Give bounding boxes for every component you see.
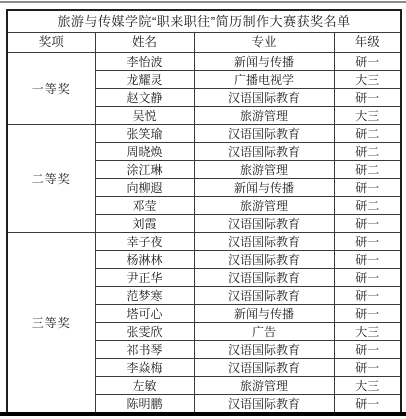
column-header-major: 专业	[194, 33, 334, 53]
grade-cell: 研一	[334, 395, 401, 414]
column-header-award: 奖项	[7, 33, 95, 53]
name-cell: 张笑瑜	[95, 125, 194, 143]
major-cell: 汉语国际教育	[194, 89, 334, 107]
grade-cell: 大三	[334, 71, 401, 89]
name-cell: 陈明鹏	[95, 395, 194, 414]
name-cell: 赵文静	[95, 89, 194, 107]
major-cell: 汉语国际教育	[194, 287, 334, 305]
major-cell: 广播电视学	[194, 71, 334, 89]
top-divider-line	[0, 1, 406, 3]
name-cell: 塔可心	[95, 305, 194, 323]
grade-cell: 大三	[334, 377, 401, 395]
name-cell: 向柳遐	[95, 179, 194, 197]
name-cell: 吴悦	[95, 107, 194, 125]
major-cell: 汉语国际教育	[194, 233, 334, 251]
major-cell: 汉语国际教育	[194, 269, 334, 287]
grade-cell: 研二	[334, 197, 401, 215]
grade-cell: 研一	[334, 215, 401, 233]
major-cell: 旅游管理	[194, 161, 334, 179]
major-cell: 汉语国际教育	[194, 125, 334, 143]
major-cell: 新闻与传播	[194, 305, 334, 323]
major-cell: 新闻与传播	[194, 53, 334, 71]
grade-cell: 研一	[334, 305, 401, 323]
grade-cell: 研一	[334, 269, 401, 287]
table-row: 二等奖张笑瑜汉语国际教育研二	[7, 125, 401, 143]
major-cell: 旅游管理	[194, 377, 334, 395]
grade-cell: 研一	[334, 89, 401, 107]
name-cell: 周晓焕	[95, 143, 194, 161]
major-cell: 旅游管理	[194, 197, 334, 215]
name-cell: 涂江琳	[95, 161, 194, 179]
major-cell: 广告	[194, 323, 334, 341]
table-header-row: 奖项 姓名 专业 年级	[7, 33, 401, 53]
major-cell: 汉语国际教育	[194, 341, 334, 359]
column-header-grade: 年级	[334, 33, 401, 53]
major-cell: 汉语国际教育	[194, 251, 334, 269]
name-cell: 邓莹	[95, 197, 194, 215]
grade-cell: 大三	[334, 107, 401, 125]
grade-cell: 研一	[334, 359, 401, 377]
name-cell: 幸子夜	[95, 233, 194, 251]
major-cell: 旅游管理	[194, 107, 334, 125]
name-cell: 祁书琴	[95, 341, 194, 359]
name-cell: 刘霞	[95, 215, 194, 233]
grade-cell: 研一	[334, 53, 401, 71]
grade-cell: 研一	[334, 341, 401, 359]
grade-cell: 研一	[334, 233, 401, 251]
table-row: 三等奖幸子夜汉语国际教育研一	[7, 233, 401, 251]
name-cell: 张雯欣	[95, 323, 194, 341]
name-cell: 范梦寒	[95, 287, 194, 305]
major-cell: 汉语国际教育	[194, 395, 334, 414]
name-cell: 尹正华	[95, 269, 194, 287]
major-cell: 汉语国际教育	[194, 143, 334, 161]
grade-cell: 研一	[334, 179, 401, 197]
name-cell: 李焱梅	[95, 359, 194, 377]
table-row: 一等奖李怡波新闻与传播研一	[7, 53, 401, 71]
grade-cell: 大三	[334, 323, 401, 341]
grade-cell: 研二	[334, 125, 401, 143]
major-cell: 汉语国际教育	[194, 359, 334, 377]
grade-cell: 研二	[334, 161, 401, 179]
grade-cell: 研一	[334, 251, 401, 269]
table-title: 旅游与传媒学院“职来职往”简历制作大赛获奖名单	[7, 10, 401, 33]
column-header-name: 姓名	[95, 33, 194, 53]
name-cell: 左敏	[95, 377, 194, 395]
award-group-cell: 二等奖	[7, 125, 95, 233]
awards-table: 旅游与传媒学院“职来职往”简历制作大赛获奖名单 奖项 姓名 专业 年级 一等奖李…	[6, 9, 402, 414]
name-cell: 龙耀灵	[95, 71, 194, 89]
award-group-cell: 一等奖	[7, 53, 95, 125]
awards-table-body: 一等奖李怡波新闻与传播研一龙耀灵广播电视学大三赵文静汉语国际教育研一吴悦旅游管理…	[7, 53, 401, 414]
major-cell: 汉语国际教育	[194, 215, 334, 233]
bottom-divider-bar	[0, 412, 406, 416]
grade-cell: 研二	[334, 143, 401, 161]
major-cell: 新闻与传播	[194, 179, 334, 197]
name-cell: 杨淋林	[95, 251, 194, 269]
document-page: 旅游与传媒学院“职来职往”简历制作大赛获奖名单 奖项 姓名 专业 年级 一等奖李…	[0, 0, 406, 419]
table-title-row: 旅游与传媒学院“职来职往”简历制作大赛获奖名单	[7, 10, 401, 33]
name-cell: 李怡波	[95, 53, 194, 71]
award-group-cell: 三等奖	[7, 233, 95, 414]
grade-cell: 研一	[334, 287, 401, 305]
